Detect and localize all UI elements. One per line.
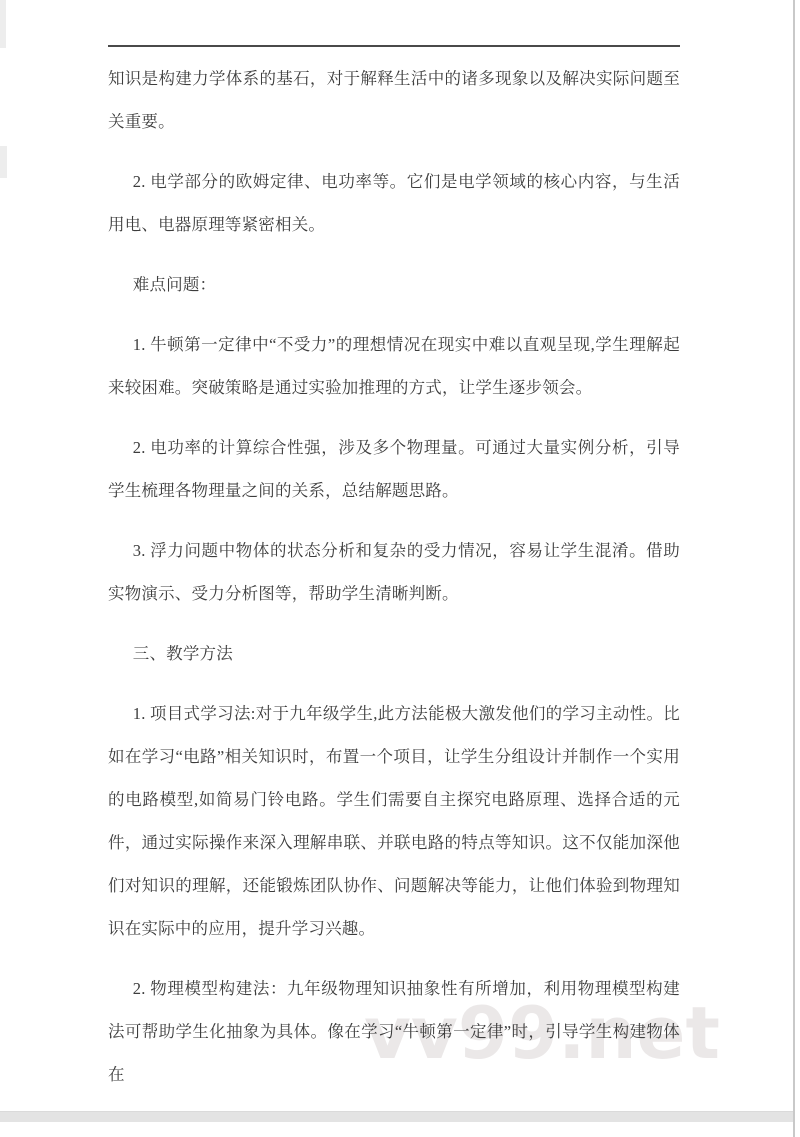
paragraph: 三、教学方法 — [108, 632, 680, 675]
page-right-edge — [793, 0, 795, 1137]
paragraph: 3. 浮力问题中物体的状态分析和复杂的受力情况，容易让学生混淆。借助实物演示、受… — [108, 529, 680, 615]
paragraph: 知识是构建力学体系的基石，对于解释生活中的诸多现象以及解决实际问题至关重要。 — [108, 57, 680, 143]
document-paragraphs: 知识是构建力学体系的基石，对于解释生活中的诸多现象以及解决实际问题至关重要。2.… — [108, 47, 680, 1113]
left-edge-artifact — [0, 0, 6, 48]
paragraph: 2. 物理模型构建法：九年级物理知识抽象性有所增加，利用物理模型构建法可帮助学生… — [108, 967, 680, 1096]
paragraph: 1. 牛顿第一定律中“不受力”的理想情况在现实中难以直观呈现,学生理解起来较困难… — [108, 323, 680, 409]
document-page: 知识是构建力学体系的基石，对于解释生活中的诸多现象以及解决实际问题至关重要。2.… — [0, 0, 793, 1112]
paragraph: 1. 项目式学习法:对于九年级学生,此方法能极大激发他们的学习主动性。比如在学习… — [108, 692, 680, 950]
paragraph: 难点问题： — [108, 263, 680, 306]
paragraph: 2. 电功率的计算综合性强，涉及多个物理量。可通过大量实例分析，引导学生梳理各物… — [108, 426, 680, 512]
paragraph: 2. 电学部分的欧姆定律、电功率等。它们是电学领域的核心内容，与生活用电、电器原… — [108, 160, 680, 246]
left-edge-artifact — [0, 146, 7, 178]
